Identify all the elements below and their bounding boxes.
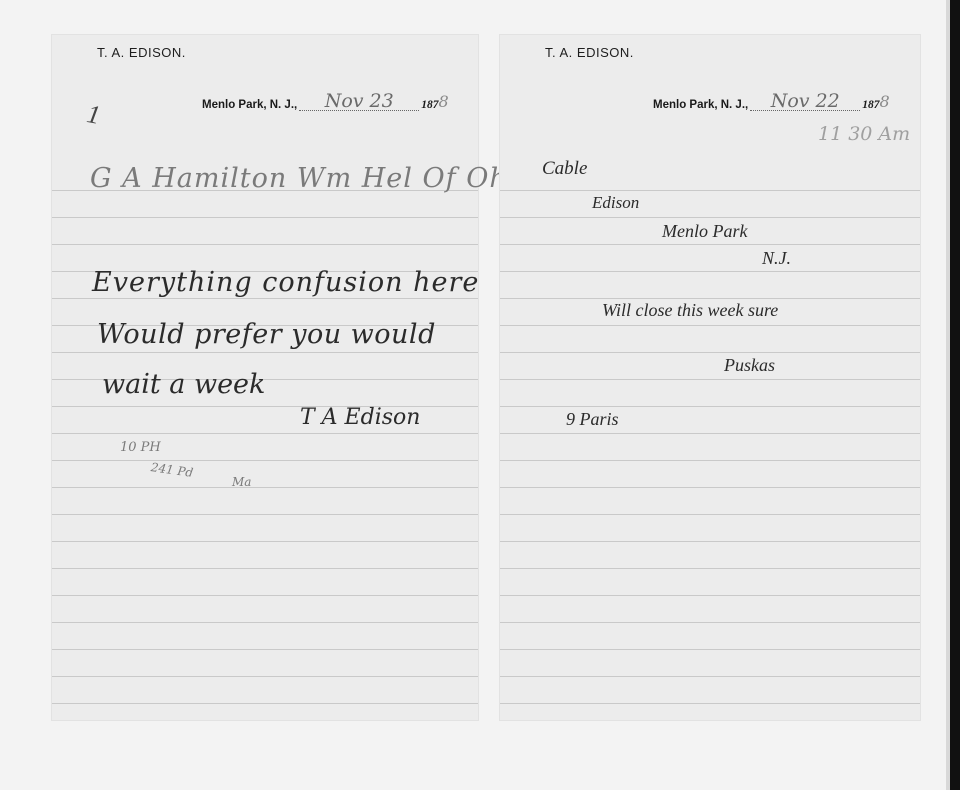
cable-label: Cable [542,158,587,180]
page-number-mark: 1 [84,99,102,131]
printed-year: 187 [421,99,438,111]
place-date-line: Menlo Park, N. J., Nov 22 1878 [653,92,890,111]
scan-edge-border [950,0,960,790]
time-note: 11 30 Am [818,123,910,145]
letter-page-left: T. A. EDISON. 1 Menlo Park, N. J., Nov 2… [52,35,478,720]
message-line: Will close this week sure [602,300,778,321]
place-date-line: Menlo Park, N. J., Nov 23 1878 [202,92,449,111]
message-line-1: Everything confusion here [92,267,479,298]
handwritten-date: Nov 22 [750,92,860,111]
sender-signature: Puskas [724,355,775,376]
letter-page-right: T. A. EDISON. Menlo Park, N. J., Nov 22 … [500,35,920,720]
recipient-name: Edison [592,193,639,213]
handwritten-year-digit: 8 [879,92,889,111]
message-line-3: wait a week [102,369,265,400]
origin-note: 9 Paris [566,409,619,430]
place-label: Menlo Park, N. J., [653,99,748,111]
notation-line-1: 10 PH [120,440,161,455]
notation-line-2: 241 Pd [150,460,194,480]
addressee-line: G A Hamilton Wm Hel Of Ohio [90,163,535,194]
letterhead: T. A. EDISON. [97,45,186,60]
printed-year: 187 [862,99,879,111]
place-label: Menlo Park, N. J., [202,99,297,111]
handwritten-year-digit: 8 [438,92,448,111]
handwritten-date: Nov 23 [299,92,419,111]
letterhead: T. A. EDISON. [545,45,634,60]
message-line-2: Would prefer you would [97,319,436,350]
notation-line-3: Ma [232,475,251,489]
signature: T A Edison [300,405,420,430]
recipient-place: Menlo Park [662,221,747,242]
recipient-state: N.J. [762,248,791,269]
